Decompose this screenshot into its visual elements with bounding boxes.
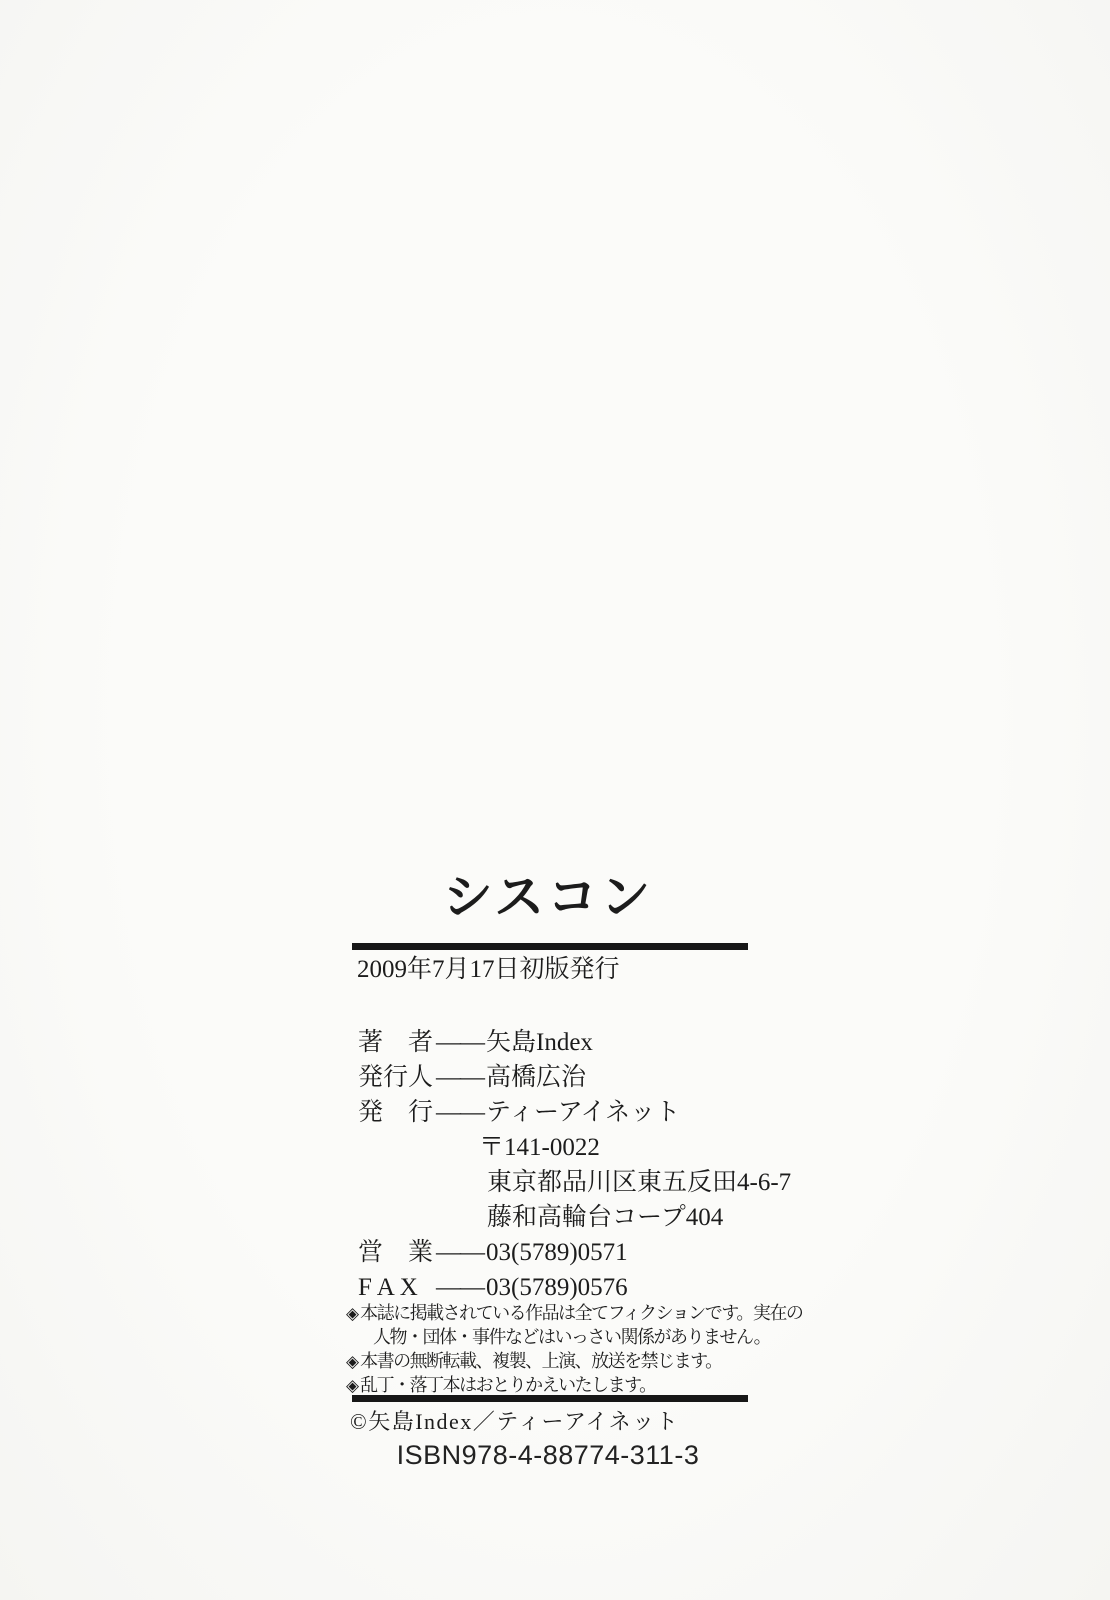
diamond-bullet-icon: ◈ (346, 1352, 359, 1372)
publication-info-rows: 著 者——矢島Index 発行人——高橋広治 発 行——ティーアイネット 〒14… (358, 1025, 750, 1305)
legal-notices: ◈本誌に掲載されている作品は全てフィクションです。実在の 人物・団体・事件などは… (346, 1301, 750, 1397)
author-row: 著 者——矢島Index (358, 1025, 750, 1060)
diamond-bullet-icon: ◈ (346, 1376, 359, 1396)
diamond-bullet-icon: ◈ (346, 1304, 359, 1324)
notice-no-reproduction: ◈本書の無断転載、複製、上演、放送を禁じます。 (346, 1349, 750, 1373)
row-label: 発行人 (358, 1060, 436, 1095)
notice-text: 本書の無断転載、複製、上演、放送を禁じます。 (360, 1351, 722, 1371)
row-separator: —— (436, 1235, 484, 1270)
fax-number: 03(5789)0576 (486, 1270, 628, 1305)
notice-text: 乱丁・落丁本はおとりかえいたします。 (360, 1375, 656, 1395)
book-title: シスコン (346, 872, 750, 922)
address-line-2: 藤和高輪台コープ404 (479, 1200, 750, 1235)
row-separator: —— (436, 1095, 484, 1130)
edition-date: 2009年7月17日初版発行 (357, 955, 750, 985)
publisher-row: 発 行——ティーアイネット (358, 1095, 750, 1130)
row-label: 発 行 (358, 1095, 436, 1130)
notice-fiction-continued: 人物・団体・事件などはいっさい関係がありません。 (346, 1325, 750, 1349)
row-label: F A X (358, 1270, 436, 1305)
title-rule (352, 943, 748, 950)
row-separator: —— (436, 1060, 484, 1095)
row-separator: —— (436, 1270, 484, 1305)
publisher-address: 〒141-0022 東京都品川区東五反田4-6-7 藤和高輪台コープ404 (479, 1130, 750, 1235)
publisher-person-name: 高橋広治 (486, 1060, 586, 1095)
copyright-line: ©矢島Index／ティーアイネット (350, 1410, 750, 1434)
publisher-person-row: 発行人——高橋広治 (358, 1060, 750, 1095)
fax-row: F A X——03(5789)0576 (358, 1270, 750, 1305)
sales-phone-row: 営 業——03(5789)0571 (358, 1235, 750, 1270)
address-line-1: 東京都品川区東五反田4-6-7 (479, 1165, 750, 1200)
row-label: 営 業 (358, 1235, 436, 1270)
notice-fiction: ◈本誌に掲載されている作品は全てフィクションです。実在の (346, 1301, 750, 1325)
publisher-name: ティーアイネット (486, 1095, 680, 1130)
postal-code: 〒141-0022 (479, 1130, 750, 1165)
sales-phone-number: 03(5789)0571 (486, 1235, 628, 1270)
author-name: 矢島Index (486, 1025, 593, 1060)
colophon-page: シスコン 2009年7月17日初版発行 著 者——矢島Index 発行人——高橋… (0, 0, 1110, 1600)
notice-text: 本誌に掲載されている作品は全てフィクションです。実在の (360, 1303, 802, 1323)
notice-defective-copies: ◈乱丁・落丁本はおとりかえいたします。 (346, 1373, 750, 1397)
colophon-block: シスコン 2009年7月17日初版発行 著 者——矢島Index 発行人——高橋… (346, 872, 750, 1470)
row-separator: —— (436, 1025, 484, 1060)
row-label: 著 者 (358, 1025, 436, 1060)
isbn-text: ISBN978-4-88774-311-3 (346, 1440, 750, 1470)
